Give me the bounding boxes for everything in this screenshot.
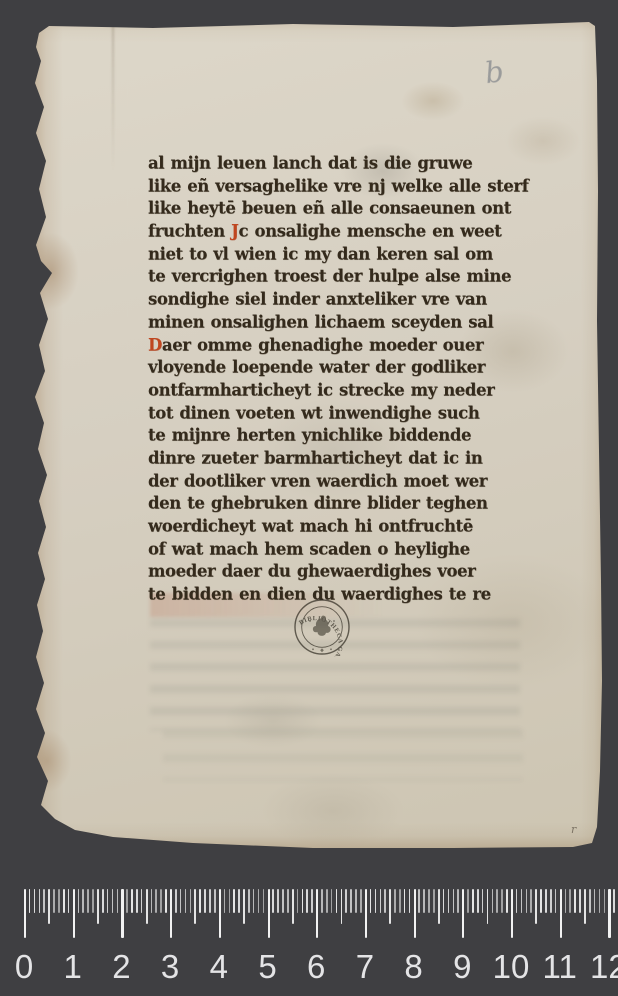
ruler-tick xyxy=(501,889,503,913)
ruler-number: 10 xyxy=(493,948,530,986)
text-segment: like eñ versaghelike vre nj welke alle s… xyxy=(148,176,528,196)
ruler-tick xyxy=(326,889,328,913)
ruler-tick xyxy=(121,889,123,938)
manuscript-text-line: moeder daer du ghewaerdighes voer xyxy=(148,560,523,584)
ruler-tick xyxy=(492,889,494,913)
ruler-tick xyxy=(545,889,547,913)
library-stamp-icon: BIBLIOTHECA GANDAVENSIS xyxy=(292,597,352,657)
manuscript-text-line: der dootliker vren waerdich moet wer xyxy=(148,470,523,494)
text-segment: dinre zueter barmharticheyt dat ic in xyxy=(148,448,482,468)
ruler-tick xyxy=(360,889,362,913)
ruler-tick xyxy=(292,889,294,924)
ruler-number: 1 xyxy=(64,948,82,986)
ruler-tick xyxy=(214,889,216,913)
ruler-tick xyxy=(155,889,157,913)
ruler-number: 2 xyxy=(112,948,130,986)
ruler-number: 0 xyxy=(15,948,33,986)
ruler-tick xyxy=(487,889,489,924)
rubric-initial: J xyxy=(231,221,238,241)
ruler-tick xyxy=(78,889,80,913)
ruler-tick xyxy=(282,889,284,913)
ruler-tick xyxy=(277,889,279,913)
text-segment: te vercrighen troest der hulpe alse mine xyxy=(148,266,511,286)
ruler-tick xyxy=(253,889,255,913)
manuscript-text-line: tot dinen voeten wt inwendighe such xyxy=(148,402,523,426)
ruler-tick xyxy=(477,889,479,913)
ruler-tick xyxy=(63,889,65,913)
ruler-tick xyxy=(345,889,347,913)
library-stamp: BIBLIOTHECA GANDAVENSIS xyxy=(292,597,352,657)
rubric-initial: D xyxy=(148,335,162,355)
ruler-number: 6 xyxy=(307,948,325,986)
ruler-tick xyxy=(311,889,313,913)
text-segment: te mijnre herten ynichlike biddende xyxy=(148,425,471,445)
ruler-tick xyxy=(565,889,567,913)
ruler-tick xyxy=(141,889,143,913)
ruler-tick xyxy=(170,889,172,938)
ruler-number: 8 xyxy=(404,948,422,986)
ruler-tick xyxy=(107,889,109,913)
ruler-tick xyxy=(219,889,221,938)
ruler-number: 9 xyxy=(453,948,471,986)
ruler-tick xyxy=(375,889,377,913)
ruler-tick xyxy=(448,889,450,913)
ink-showthrough-band xyxy=(163,721,523,781)
ruler-tick xyxy=(506,889,508,913)
ruler-tick xyxy=(608,889,610,938)
ruler-tick xyxy=(126,889,128,913)
ruler-tick xyxy=(53,889,55,913)
ruler-tick xyxy=(73,889,75,938)
ruler-tick xyxy=(589,889,591,913)
manuscript-text-block: al mijn leuen lanch dat is die gruwelike… xyxy=(148,152,523,606)
text-segment: of wat mach hem scaden o heylighe xyxy=(148,539,470,559)
ruler-tick xyxy=(175,889,177,913)
text-segment: aer omme ghenadighe moeder ouer xyxy=(162,335,483,355)
text-segment: woerdicheyt wat mach hi ontfruchtē xyxy=(148,516,473,536)
text-segment: vloyende loepende water der godliker xyxy=(148,357,485,377)
ruler-tick xyxy=(433,889,435,913)
ruler-tick xyxy=(443,889,445,913)
ruler-tick xyxy=(316,889,318,938)
ruler-tick xyxy=(496,889,498,913)
ruler-tick xyxy=(39,889,41,913)
manuscript-text-line: al mijn leuen lanch dat is die gruwe xyxy=(148,152,523,176)
ruler-tick xyxy=(297,889,299,913)
ruler-tick xyxy=(569,889,571,913)
manuscript-text-line: Daer omme ghenadighe moeder ouer xyxy=(148,334,523,358)
ruler-tick xyxy=(136,889,138,913)
ruler-tick xyxy=(263,889,265,913)
ruler-tick xyxy=(199,889,201,913)
ruler-tick xyxy=(185,889,187,913)
manuscript-text-line: sondighe siel inder anxteliker vre van xyxy=(148,288,523,312)
text-segment: tot dinen voeten wt inwendighe such xyxy=(148,403,479,423)
manuscript-text-line: dinre zueter barmharticheyt dat ic in xyxy=(148,447,523,471)
manuscript-text-line: vloyende loepende water der godliker xyxy=(148,356,523,380)
corner-pencil-mark: r xyxy=(571,823,576,836)
ruler-tick xyxy=(48,889,50,924)
ruler-tick xyxy=(341,889,343,924)
ruler-number: 11 xyxy=(543,948,577,986)
ruler-tick xyxy=(540,889,542,913)
text-segment: moeder daer du ghewaerdighes voer xyxy=(148,561,475,581)
ruler-tick xyxy=(535,889,537,924)
ruler-tick xyxy=(43,889,45,913)
manuscript-text-line: niet to vl wien ic my dan keren sal om xyxy=(148,243,523,267)
ruler-tick xyxy=(482,889,484,913)
ruler-tick xyxy=(287,889,289,913)
manuscript-text-line: woerdicheyt wat mach hi ontfruchtē xyxy=(148,515,523,539)
ruler-number: 5 xyxy=(258,948,276,986)
ruler-tick xyxy=(389,889,391,924)
ruler-tick xyxy=(268,889,270,938)
text-segment: fruchten xyxy=(148,221,231,241)
ruler-tick xyxy=(613,889,615,913)
ruler-tick xyxy=(160,889,162,913)
ruler-tick xyxy=(117,889,119,913)
ruler-tick xyxy=(365,889,367,938)
ruler-tick xyxy=(58,889,60,913)
manuscript-text-line: like eñ versaghelike vre nj welke alle s… xyxy=(148,175,523,199)
ruler-tick xyxy=(594,889,596,913)
ruler-tick xyxy=(511,889,513,938)
text-segment: den te ghebruken dinre blider teghen xyxy=(148,493,488,513)
text-segment: al mijn leuen lanch dat is die gruwe xyxy=(148,153,472,173)
ruler-tick xyxy=(209,889,211,913)
ruler-tick xyxy=(409,889,411,913)
manuscript-text-line: te mijnre herten ynichlike biddende xyxy=(148,424,523,448)
ruler-tick xyxy=(306,889,308,913)
ruler-tick xyxy=(462,889,464,938)
ruler-tick xyxy=(29,889,31,913)
ruler-tick xyxy=(370,889,372,913)
manuscript-leaf: b al mijn leuen lanch dat is die gruweli… xyxy=(33,21,603,848)
ruler-tick xyxy=(604,889,606,913)
ruler-tick xyxy=(97,889,99,924)
ruler-tick xyxy=(229,889,231,913)
ruler-tick xyxy=(165,889,167,913)
ruler-tick xyxy=(146,889,148,924)
ruler-tick xyxy=(224,889,226,913)
ruler-tick xyxy=(453,889,455,913)
ruler-tick xyxy=(82,889,84,913)
ruler-tick xyxy=(112,889,114,913)
ruler-tick xyxy=(131,889,133,913)
ruler-number: 7 xyxy=(356,948,374,986)
text-segment: like heytē beuen eñ alle consaeunen ont xyxy=(148,198,511,218)
text-segment: der dootliker vren waerdich moet wer xyxy=(148,471,487,491)
ruler-tick xyxy=(579,889,581,913)
folio-letter-mark: b xyxy=(483,54,506,90)
ruler-tick xyxy=(384,889,386,913)
manuscript-text-line: of wat mach hem scaden o heylighe xyxy=(148,538,523,562)
ruler-tick xyxy=(336,889,338,913)
ruler-tick xyxy=(194,889,196,924)
ruler-tick xyxy=(516,889,518,913)
ruler-tick xyxy=(258,889,260,913)
ruler-number: 3 xyxy=(161,948,179,986)
ruler-tick xyxy=(68,889,70,913)
manuscript-text-line: minen onsalighen lichaem sceyden sal xyxy=(148,311,523,335)
ruler-tick xyxy=(599,889,601,913)
manuscript-text-line: like heytē beuen eñ alle consaeunen ont xyxy=(148,197,523,221)
text-segment: ontfarmharticheyt ic strecke my neder xyxy=(148,380,494,400)
screenshot: b al mijn leuen lanch dat is die gruweli… xyxy=(0,0,618,996)
ruler-tick xyxy=(24,889,26,938)
manuscript-text-line: te vercrighen troest der hulpe alse mine xyxy=(148,265,523,289)
ruler-tick xyxy=(457,889,459,913)
ruler-tick xyxy=(574,889,576,913)
ruler-tick xyxy=(243,889,245,924)
text-segment: c onsalighe mensche en weet xyxy=(239,221,502,241)
ruler-tick xyxy=(584,889,586,924)
ruler-tick xyxy=(472,889,474,913)
ruler-tick xyxy=(92,889,94,913)
ruler-tick xyxy=(438,889,440,924)
ruler-tick xyxy=(190,889,192,913)
ruler-tick xyxy=(380,889,382,913)
ruler-number: 4 xyxy=(210,948,228,986)
ruler-tick xyxy=(350,889,352,913)
ruler-tick xyxy=(404,889,406,913)
text-segment: sondighe siel inder anxteliker vre van xyxy=(148,289,487,309)
ruler-tick xyxy=(302,889,304,913)
ruler-tick xyxy=(272,889,274,913)
ruler-tick xyxy=(526,889,528,913)
ruler-tick xyxy=(521,889,523,913)
ruler-tick xyxy=(530,889,532,913)
text-segment: niet to vl wien ic my dan keren sal om xyxy=(148,244,493,264)
ruler-tick xyxy=(321,889,323,913)
text-segment: minen onsalighen lichaem sceyden sal xyxy=(148,312,493,332)
ruler-tick xyxy=(34,889,36,913)
parchment-crease xyxy=(112,21,114,171)
ruler-tick xyxy=(355,889,357,913)
ruler-tick xyxy=(560,889,562,938)
ruler-tick xyxy=(555,889,557,913)
ruler-tick xyxy=(467,889,469,913)
ruler-tick xyxy=(423,889,425,913)
ruler-tick xyxy=(233,889,235,913)
manuscript-text-line: fruchten Jc onsalighe mensche en weet xyxy=(148,220,523,244)
ruler-tick xyxy=(428,889,430,913)
ruler-tick xyxy=(248,889,250,913)
ruler-number: 12 xyxy=(590,948,618,986)
ruler-tick xyxy=(180,889,182,913)
ruler-tick xyxy=(394,889,396,913)
manuscript-text-line: den te ghebruken dinre blider teghen xyxy=(148,492,523,516)
ruler-tick xyxy=(204,889,206,913)
ruler-tick xyxy=(87,889,89,913)
ruler-tick xyxy=(550,889,552,913)
ruler-tick xyxy=(238,889,240,913)
ruler-tick xyxy=(102,889,104,913)
ruler-tick xyxy=(151,889,153,913)
ruler-tick xyxy=(414,889,416,938)
ruler-tick xyxy=(399,889,401,913)
ruler-tick xyxy=(331,889,333,913)
manuscript-text-line: ontfarmharticheyt ic strecke my neder xyxy=(148,379,523,403)
ruler-tick xyxy=(418,889,420,913)
